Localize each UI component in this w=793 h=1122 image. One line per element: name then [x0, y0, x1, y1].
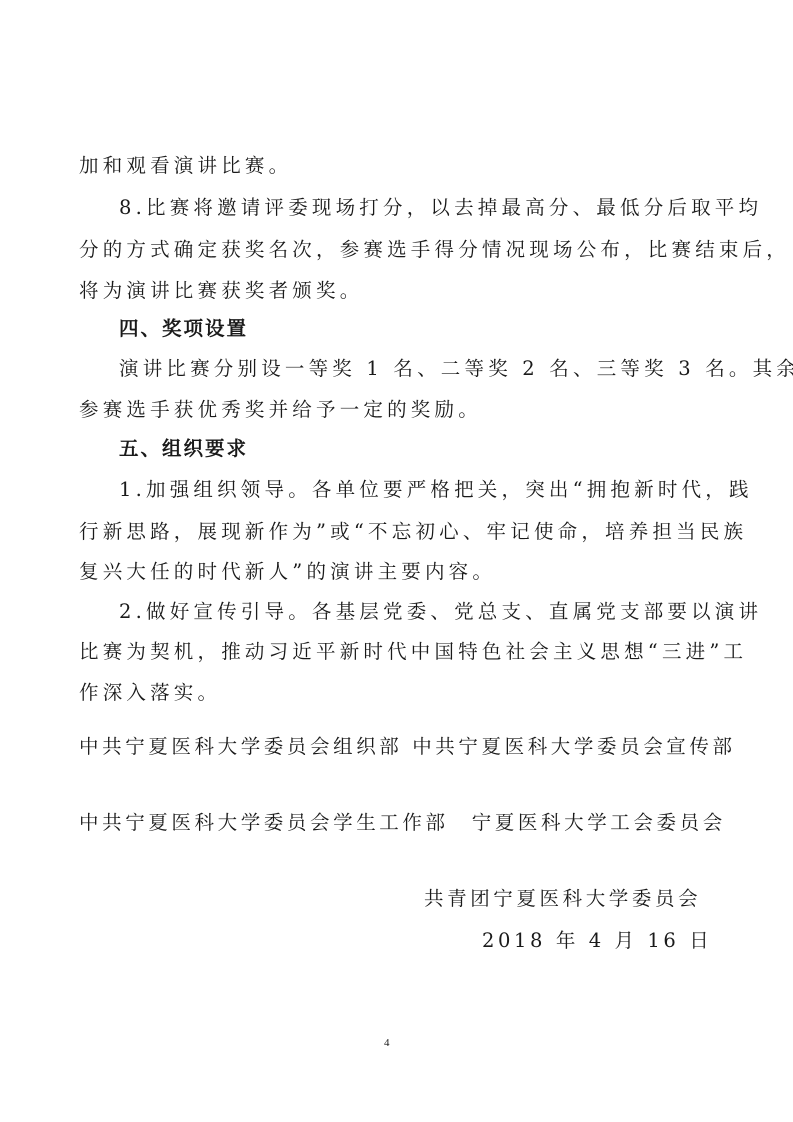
section-heading-awards: 四、奖项设置	[119, 315, 248, 343]
document-date: 2018 年 4 月 16 日	[482, 927, 712, 955]
signature-row-1: 中共宁夏医科大学委员会组织部 中共宁夏医科大学委员会宣传部	[79, 733, 736, 761]
paragraph-line: 演讲比赛分别设一等奖 1 名、二等奖 2 名、三等奖 3 名。其余	[119, 355, 793, 383]
paragraph-line: 2.做好宣传引导。各基层党委、党总支、直属党支部要以演讲	[119, 598, 762, 626]
page-number: 4	[384, 1037, 390, 1049]
paragraph-line: 8.比赛将邀请评委现场打分，以去掉最高分、最低分后取平均	[119, 194, 762, 222]
paragraph-line: 行新思路，展现新作为”或“不忘初心、牢记使命，培养担当民族	[79, 518, 747, 546]
paragraph-line: 将为演讲比赛获奖者颁奖。	[79, 277, 363, 305]
paragraph-line: 复兴大任的时代新人”的演讲主要内容。	[79, 558, 496, 586]
paragraph-line: 分的方式确定获奖名次，参赛选手得分情况现场公布，比赛结束后，	[79, 236, 790, 264]
paragraph-line: 1.加强组织领导。各单位要严格把关，突出“拥抱新时代，践	[119, 476, 753, 504]
signature-row-2: 中共宁夏医科大学委员会学生工作部 宁夏医科大学工会委员会	[79, 809, 726, 837]
paragraph-line: 参赛选手获优秀奖并给予一定的奖励。	[79, 396, 482, 424]
paragraph-line: 作深入落实。	[79, 679, 221, 707]
paragraph-line: 加和观看演讲比赛。	[79, 152, 292, 180]
signature-row-3: 共青团宁夏医科大学委员会	[424, 885, 701, 913]
paragraph-line: 比赛为契机，推动习近平新时代中国特色社会主义思想“三进”工	[79, 638, 747, 666]
section-heading-requirements: 五、组织要求	[119, 435, 248, 463]
